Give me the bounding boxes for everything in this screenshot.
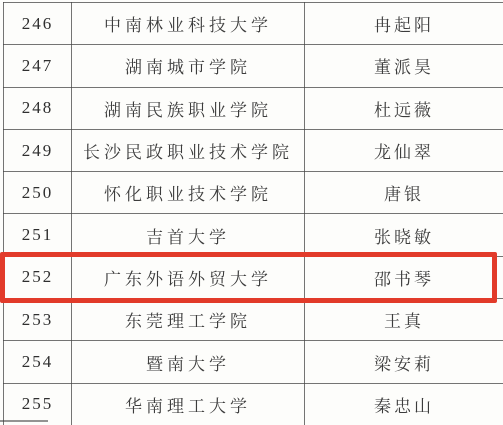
person-name: 王真 (305, 299, 503, 341)
table-row: 254 暨南大学 梁安莉 (4, 341, 503, 383)
school-name: 中南林业科技大学 (72, 3, 305, 45)
person-name: 秦忠山 (305, 383, 503, 425)
scanned-roster-page: 246 中南林业科技大学 冉起阳 247 湖南城市学院 董派昊 248 湖南民族… (0, 0, 503, 425)
row-number: 249 (4, 129, 72, 171)
person-name: 龙仙翠 (305, 129, 503, 171)
school-name: 广东外语外贸大学 (72, 256, 305, 298)
table-row: 247 湖南城市学院 董派昊 (4, 45, 503, 87)
person-name: 冉起阳 (305, 3, 503, 45)
row-number: 254 (4, 341, 72, 383)
school-name: 怀化职业技术学院 (72, 172, 305, 214)
table-row: 249 长沙民政职业技术学院 龙仙翠 (4, 129, 503, 171)
person-name: 杜远薇 (305, 87, 503, 129)
table-row: 246 中南林业科技大学 冉起阳 (4, 3, 503, 45)
roster-table-body: 246 中南林业科技大学 冉起阳 247 湖南城市学院 董派昊 248 湖南民族… (4, 3, 503, 425)
table-row: 248 湖南民族职业学院 杜远薇 (4, 87, 503, 129)
row-number: 253 (4, 299, 72, 341)
roster-table: 246 中南林业科技大学 冉起阳 247 湖南城市学院 董派昊 248 湖南民族… (3, 2, 503, 425)
table-row: 253 东莞理工学院 王真 (4, 299, 503, 341)
person-name: 邵书琴 (305, 256, 503, 298)
school-name: 湖南民族职业学院 (72, 87, 305, 129)
school-name: 吉首大学 (72, 214, 305, 256)
table-row: 250 怀化职业技术学院 唐银 (4, 172, 503, 214)
row-number: 250 (4, 172, 72, 214)
row-number: 246 (4, 3, 72, 45)
scan-artifact-line (0, 420, 48, 422)
row-number: 252 (4, 256, 72, 298)
school-name: 长沙民政职业技术学院 (72, 129, 305, 171)
table-row: 251 吉首大学 张晓敏 (4, 214, 503, 256)
row-number: 247 (4, 45, 72, 87)
school-name: 暨南大学 (72, 341, 305, 383)
school-name: 湖南城市学院 (72, 45, 305, 87)
school-name: 东莞理工学院 (72, 299, 305, 341)
table-row: 255 华南理工大学 秦忠山 (4, 383, 503, 425)
table-row: 252 广东外语外贸大学 邵书琴 (4, 256, 503, 298)
row-number: 255 (4, 383, 72, 425)
school-name: 华南理工大学 (72, 383, 305, 425)
row-number: 251 (4, 214, 72, 256)
row-number: 248 (4, 87, 72, 129)
person-name: 唐银 (305, 172, 503, 214)
person-name: 董派昊 (305, 45, 503, 87)
person-name: 梁安莉 (305, 341, 503, 383)
person-name: 张晓敏 (305, 214, 503, 256)
